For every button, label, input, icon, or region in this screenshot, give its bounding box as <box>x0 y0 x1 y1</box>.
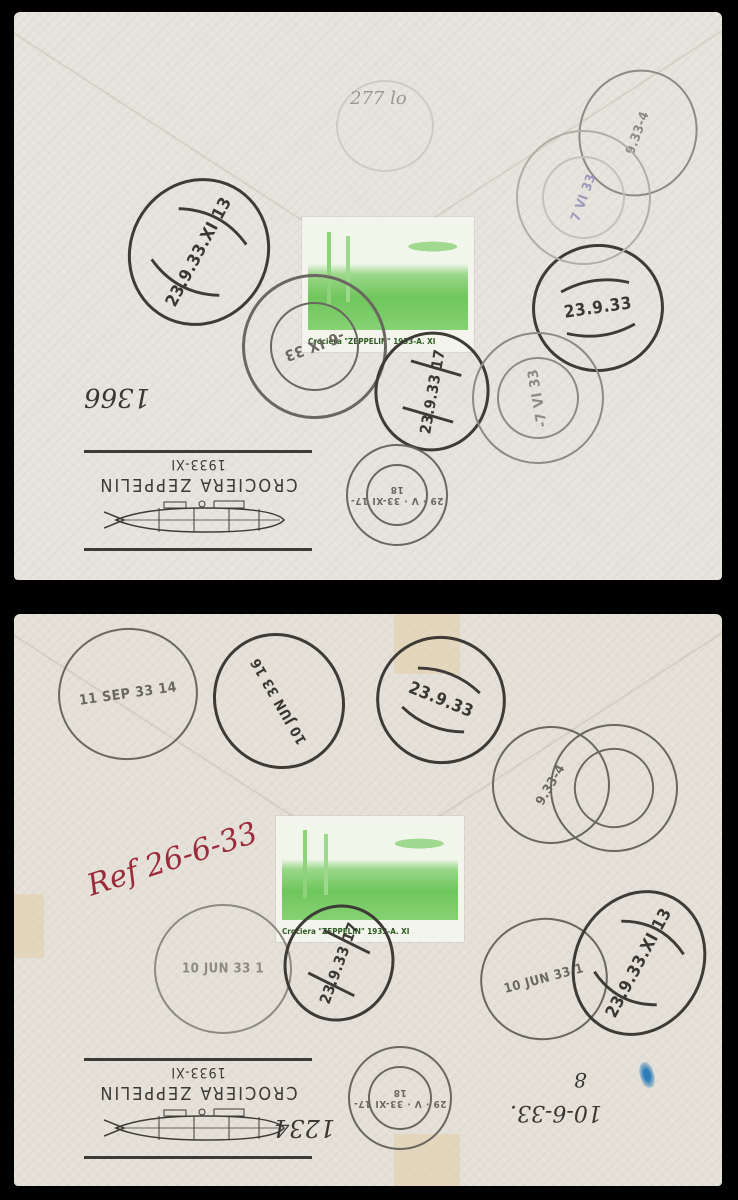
postmark-roma-posta-aerea: 29 · V · 33-XI 17-18 <box>346 444 448 546</box>
cachet-rule-bottom <box>84 548 312 551</box>
handwritten-reference: 1366 <box>84 382 150 412</box>
postmark-me2-buenos-aires: 10 JUN 33 1 <box>154 904 292 1034</box>
lower-envelope: 11 SEP 33 14 10 JUN 33 16 23.9.33 9.33-4… <box>14 614 722 1186</box>
handwritten-number: 277 lo <box>350 88 407 109</box>
upper-envelope: 277 lo 23.9.33.XI 13 Crociera "ZEPPELIN"… <box>14 12 722 580</box>
handwritten-reference: 1234 <box>274 1114 335 1142</box>
hinge-tape-left <box>14 894 44 958</box>
cachet-rule-top <box>84 1058 312 1061</box>
zeppelin-cachet: 1933-XI CROCIERA ZEPPELIN <box>84 444 312 554</box>
zeppelin-cachet: 1933-XI CROCIERA ZEPPELIN <box>84 1052 312 1162</box>
blue-ink-smudge <box>637 1061 657 1090</box>
zeppelin-airship-icon <box>104 500 294 540</box>
handwritten-ref-red: Ref 26-6-33 <box>83 816 262 904</box>
cachet-rule-top <box>84 450 312 453</box>
handwritten-date: 10-6-33. <box>510 1100 602 1125</box>
postmark-roma-posta-aerea: 29 · V · 33-XI 17-18 <box>348 1046 452 1150</box>
zeppelin-airship-icon <box>104 1108 294 1148</box>
handwritten-mark: 8 <box>574 1068 587 1092</box>
cachet-rule-bottom <box>84 1156 312 1159</box>
